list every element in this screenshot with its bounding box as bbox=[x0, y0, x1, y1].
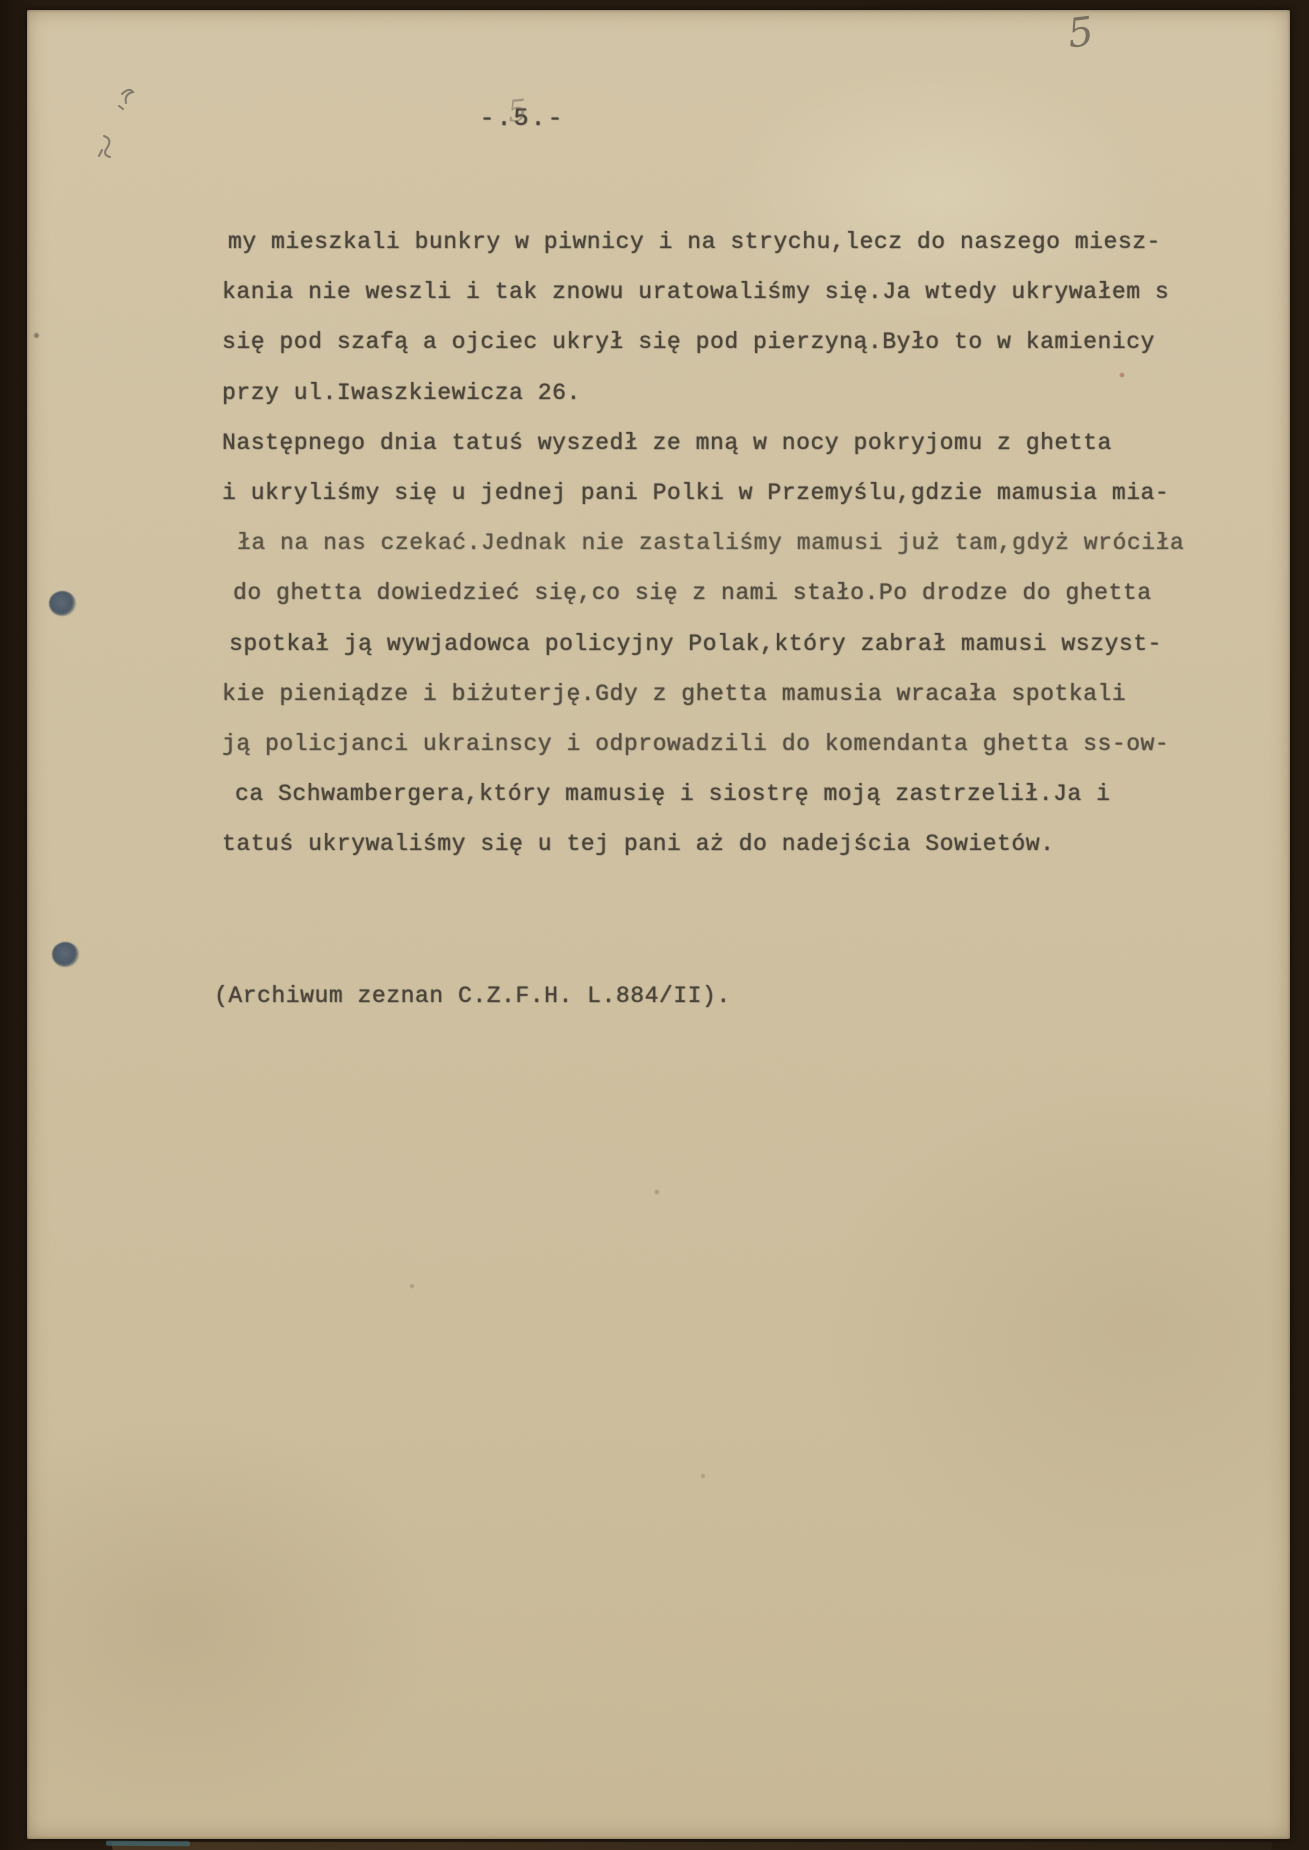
typed-line: kania nie weszli i tak znowu uratowaliśm… bbox=[222, 279, 1232, 329]
typed-line: ca Schwambergera,który mamusię i siostrę… bbox=[222, 781, 1232, 831]
archive-reference: (Archiwum zeznan C.Z.F.H. L.884/II). bbox=[214, 983, 731, 1009]
typed-line: przy ul.Iwaszkiewicza 26. bbox=[222, 380, 1232, 430]
hole-punch-top bbox=[49, 591, 76, 616]
ink-speck bbox=[34, 333, 39, 338]
pencil-overwrite-digit: 5 bbox=[506, 93, 529, 130]
scanned-document-screenshot: { "document": { "handwritten_page_number… bbox=[0, 0, 1309, 1850]
blue-edge-mark bbox=[106, 1841, 190, 1847]
typed-line: ła na nas czekać.Jednak nie zastaliśmy m… bbox=[222, 530, 1232, 580]
typed-line: kie pieniądze i biżuterję.Gdy z ghetta m… bbox=[222, 681, 1232, 731]
typed-body-text: my mieszkali bunkry w piwnicy i na stryc… bbox=[222, 229, 1232, 881]
handwritten-page-number: 5 bbox=[1065, 9, 1096, 58]
typed-line: spotkał ją wywjadowca policyjny Polak,kt… bbox=[222, 631, 1232, 681]
typed-line: Następnego dnia tatuś wyszedł ze mną w n… bbox=[222, 430, 1232, 480]
typed-line: się pod szafą a ojciec ukrył się pod pie… bbox=[222, 329, 1232, 379]
typed-line: i ukryliśmy się u jednej pani Polki w Pr… bbox=[222, 480, 1232, 530]
typed-line: tatuś ukrywaliśmy się u tej pani aż do n… bbox=[222, 831, 1232, 881]
hole-punch-bottom bbox=[52, 942, 79, 967]
typed-line: ją policjanci ukrainscy i odprowadzili d… bbox=[222, 731, 1232, 781]
typed-line: my mieszkali bunkry w piwnicy i na stryc… bbox=[222, 229, 1232, 279]
typed-line: do ghetta dowiedzieć się,co się z nami s… bbox=[222, 580, 1232, 630]
next-page-edge bbox=[112, 1842, 1272, 1850]
